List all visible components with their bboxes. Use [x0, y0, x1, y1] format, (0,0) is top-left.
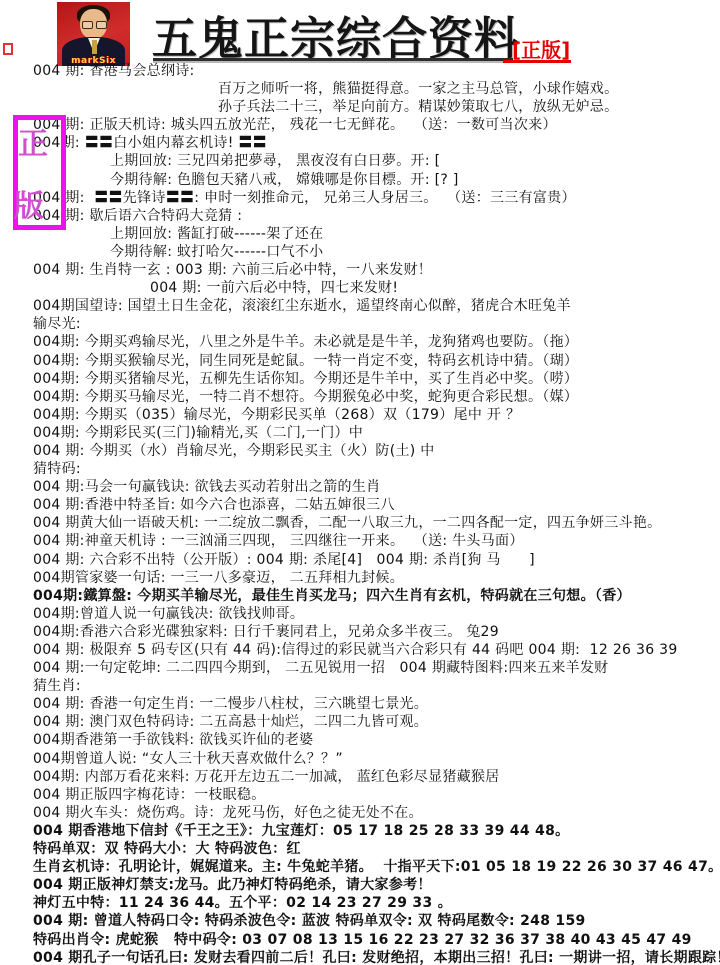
- red-corner-mark: [3, 43, 13, 55]
- text-line: 004期国望诗: 国望土日生金花，滚滚红尘东逝水，遥望终南心似醉，猪虎合木旺兔羊: [0, 297, 720, 315]
- text-line: 004 期:马会一句赢钱诀: 欲钱去买动若射出之箭的生肖: [0, 478, 720, 496]
- text-line: 004期:鐵算盤: 今期买羊输尽光，最佳生肖买龙马；四六生肖有玄机，特码就在三句…: [0, 587, 720, 605]
- text-line: 004 期: 今期买（水）肖输尽光，今期彩民买主（火）防(土) 中: [0, 442, 720, 460]
- text-line: 今期待解: 蚊打哈欠------口气不小: [0, 243, 720, 261]
- side-stamp-box: 正 版: [13, 115, 66, 230]
- text-line: 004 期:神童天机诗 : 一三汹涌三四现， 三四继往一开来。 （送: 牛头马面…: [0, 532, 720, 550]
- portrait-photo: markSix: [57, 2, 130, 66]
- text-line: 004期: 内部万看花来料: 万花开左边五二一加减， 蓝红色彩尽显猪藏猴居: [0, 768, 720, 786]
- text-line: 004 期: 曾道人特码口令: 特码杀波色令: 蓝波 特码单双令: 双 特码尾数…: [0, 912, 720, 930]
- text-line: 004 期正版四字梅花诗：一枝眠稳。: [0, 786, 720, 804]
- text-line: 004 期: 澳门双色特码诗: 二五高悬十灿烂，二四二九皆可观。: [0, 713, 720, 731]
- text-line: 004 期: 香港一句定生肖: 一二慢步八柱杖，三六眺望七景光。: [0, 695, 720, 713]
- text-line: 004 期: 一前六后必中特，四七来发财!: [0, 279, 720, 297]
- text-line: 生肖玄机诗：孔明论计，娓娓道来。主: 牛兔蛇羊猪。 十指平天下:01 05 18…: [0, 858, 720, 876]
- text-line: 猜特码:: [0, 460, 720, 478]
- text-line: 004期: 今期买马输尽光，一特二肖不想符。今期猴兔必中奖，蛇狗更合彩民想。（媒…: [0, 388, 720, 406]
- text-line: 004 期: 极限弃 5 码专区(只有 44 码):信得过的彩民就当六合彩只有 …: [0, 641, 720, 659]
- text-line: 004 期:香港中特圣旨: 如今六合也添喜，二姑五婶很三八: [0, 496, 720, 514]
- title-underline: [153, 58, 513, 61]
- portrait-tie: [92, 40, 97, 54]
- text-line: 004期管家婆一句话: 一三一八多豪迈， 二五拜相九封候。: [0, 569, 720, 587]
- text-line: 004 期香港地下信封《千王之王》：九宝莲灯：05 17 18 25 28 33…: [0, 822, 720, 840]
- page: { "header": { "title": "五鬼正宗综合资料", "edit…: [0, 0, 720, 965]
- text-line: 004期: 今期买鸡输尽光，八里之外是牛羊。未必就是是牛羊，龙狗猪鸡也要防。（拖…: [0, 333, 720, 351]
- text-line: 神灯五中特：11 24 36 44。五个平：02 14 23 27 29 33 …: [0, 894, 720, 912]
- text-line: 004期曾道人说: “女人三十秋天喜欢做什么？？”: [0, 750, 720, 768]
- text-line: 004 期: 正版天机诗: 城头四五放光茫， 残花一七无鲜花。 （送：一数可当次…: [0, 116, 720, 134]
- text-line: 004期:香港六合彩光碟独家料: 日行千裹同君上，兄弟众多半夜三。 兔29: [0, 623, 720, 641]
- text-line: 输尽光:: [0, 315, 720, 333]
- text-line: 上期回放: 酱缸打破------架了还在: [0, 225, 720, 243]
- text-line: 004期:曾道人说一句赢钱决: 欲钱找帅哥。: [0, 605, 720, 623]
- text-line: 004 期孔子一句话孔曰: 发财去看四前二后！孔曰: 发财绝招，本期出三招！孔曰…: [0, 949, 720, 965]
- text-line: 004期: 今期买猴输尽光，同生同死是蛇鼠。一特一肖定不变，特码玄机诗中猜。（瑚…: [0, 352, 720, 370]
- text-line: 004期: 〓〓白小姐内幕玄机诗! 〓〓: [0, 134, 720, 152]
- text-line: 004 期:一句定乾坤: 二二四四今期到， 二五见锐用一招 004 期藏特图料:…: [0, 659, 720, 677]
- glasses-icon: [96, 21, 107, 29]
- text-line: 004 期: 香港马会总纲诗:: [0, 62, 720, 80]
- text-lines: 004 期: 香港马会总纲诗:百万之师听一将，熊猫挺得意。一家之主马总管，小球作…: [0, 62, 720, 965]
- edition-tag: [正版]: [512, 34, 570, 63]
- text-line: 今期待解: 色膽包天豬八戒， 嫦娥哪是你目標。开: [? ]: [0, 171, 720, 189]
- text-line: 上期回放: 三兄四弟把夢尋， 黑夜沒有白日夢。开: [: [0, 152, 720, 170]
- text-line: 004 期: 〓〓先锋诗〓〓: 申时一刻推命元， 兄弟三人身居三。 （送：三三有…: [0, 189, 720, 207]
- text-line: 004 期: 六合彩不出特（公开版）: 004 期: 杀尾[4] 004 期: …: [0, 551, 720, 569]
- stamp-char-bottom: 版: [14, 192, 44, 222]
- text-line: 004 期火车头：烧伤鸡。诗：龙死马伤，好色之徒无处不在。: [0, 804, 720, 822]
- text-line: 004 期黄大仙一语破天机: 一二绽放二飘香，二配一八取三九，一二四各配一定，四…: [0, 514, 720, 532]
- text-line: 004 期: 生肖特一玄 : 003 期: 六前三后必中特，一八来发财！: [0, 261, 720, 279]
- text-line: 004 期: 歇后语六合特码大竞猜 :: [0, 207, 720, 225]
- text-line: 004期香港第一手欲钱料: 欲钱买许仙的老婆: [0, 731, 720, 749]
- text-line: 004期: 今期买（035）输尽光，今期彩民买单（268）双（179）尾中 开 …: [0, 406, 720, 424]
- text-line: 特码出肖令: 虎蛇猴 特中码令: 03 07 08 13 15 16 22 23…: [0, 931, 720, 949]
- text-line: 特码单双：双 特码大小：大 特码波色：红: [0, 840, 720, 858]
- stamp-char-top: 正: [18, 130, 48, 160]
- text-line: 004期: 今期买猪输尽光，五柳先生话你知。今期还是牛羊中，买了生肖必中奖。（唠…: [0, 370, 720, 388]
- text-line: 004 期正版神灯禁支:龙马。此乃神灯特码绝杀，请大家参考！: [0, 876, 720, 894]
- text-line: 猜生肖:: [0, 677, 720, 695]
- text-line: 004期: 今期彩民买(三门)输精光,买（二门,一门）中: [0, 424, 720, 442]
- text-line: 百万之师听一将，熊猫挺得意。一家之主马总管，小球作嬉戏。: [0, 80, 720, 98]
- glasses-icon: [82, 21, 93, 29]
- text-line: 孙子兵法二十三，举足向前方。精谋妙策取七八，放纵无妒忌。: [0, 98, 720, 116]
